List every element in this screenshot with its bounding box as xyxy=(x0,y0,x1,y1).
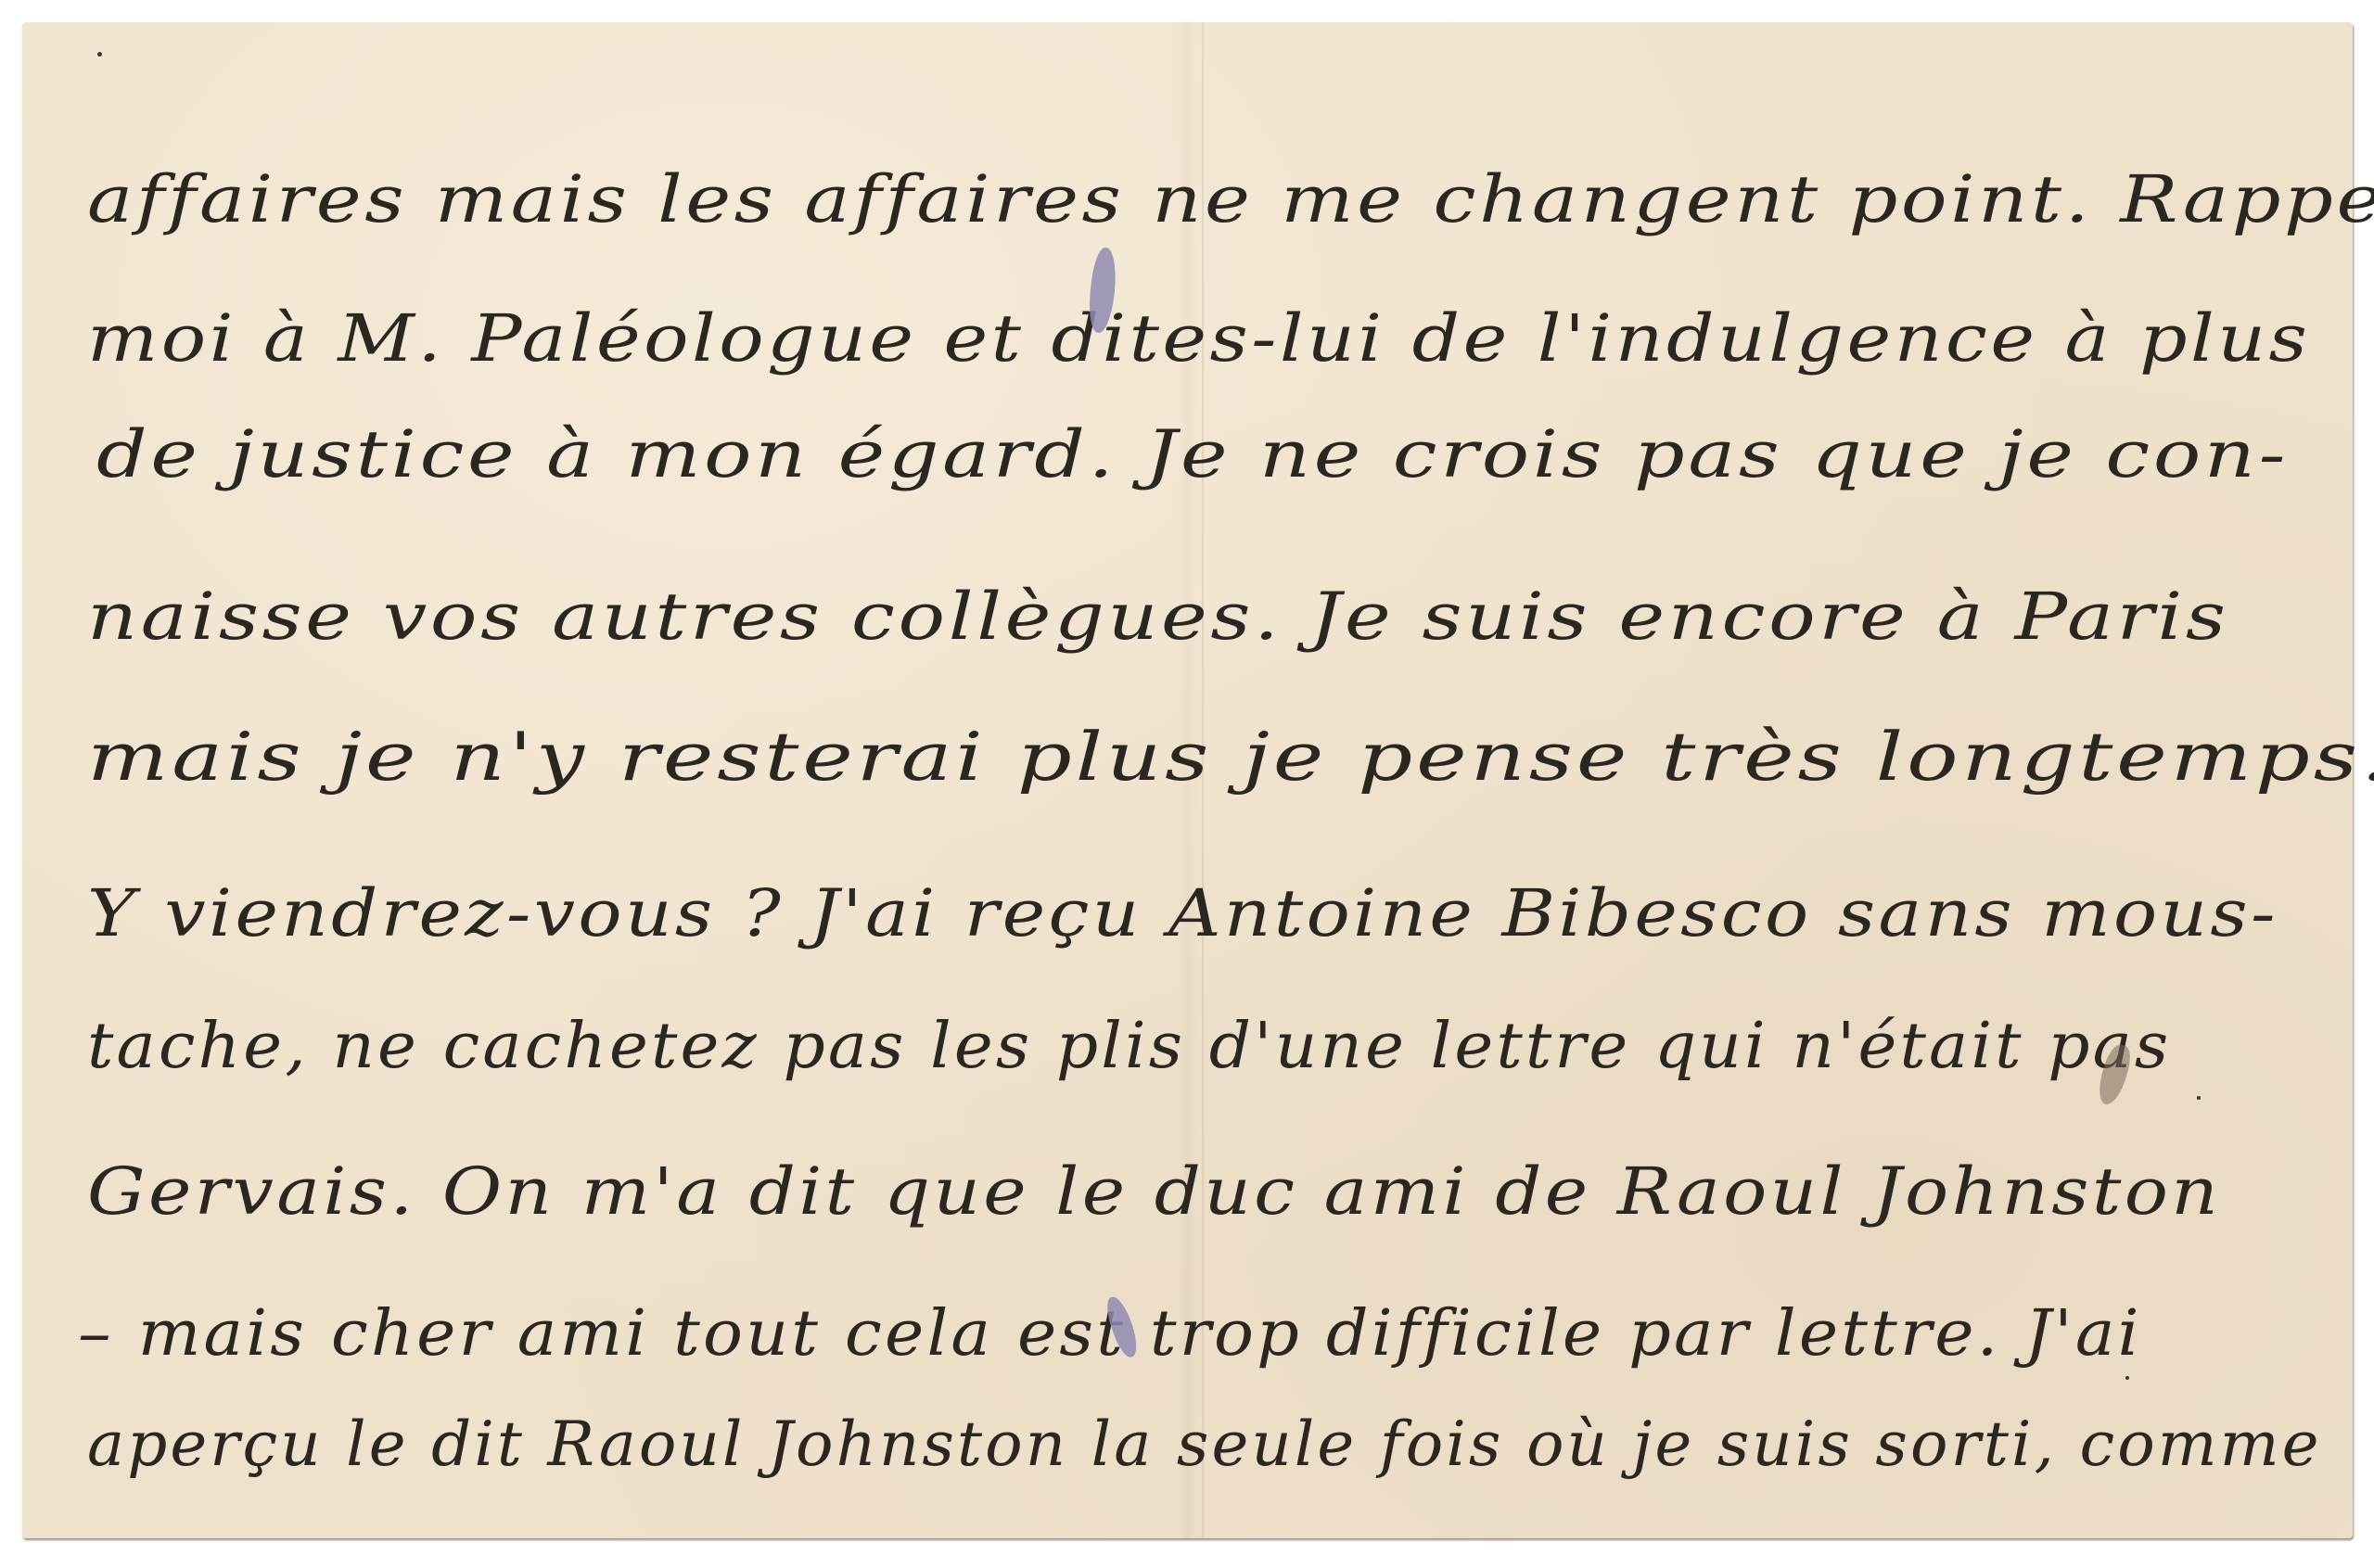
letter-page: affaires mais les affaires ne me changen… xyxy=(22,22,2353,1538)
handwritten-line-10: aperçu le dit Raoul Johnston la seule fo… xyxy=(87,1409,2321,1480)
handwritten-line-2: moi à M. Paléologue et dites-lui de l'in… xyxy=(87,300,2310,376)
handwritten-line-8: Gervais. On m'a dit que le duc ami de Ra… xyxy=(87,1154,2221,1230)
handwritten-line-3: de justice à mon égard. Je ne crois pas … xyxy=(96,416,2289,492)
handwritten-line-1: affaires mais les affaires ne me changen… xyxy=(87,161,2374,237)
handwritten-line-5: mais je n'y resterai plus je pense très … xyxy=(87,718,2374,796)
handwritten-line-6: Y viendrez-vous ? J'ai reçu Antoine Bibe… xyxy=(87,875,2278,951)
paper-speck xyxy=(2125,1376,2129,1380)
paper-speck xyxy=(97,52,102,57)
handwritten-line-7: tache, ne cachetez pas les plis d'une le… xyxy=(87,1010,2171,1083)
handwritten-line-4: naisse vos autres collègues. Je suis enc… xyxy=(87,579,2229,655)
paper-speck xyxy=(2197,1096,2201,1100)
